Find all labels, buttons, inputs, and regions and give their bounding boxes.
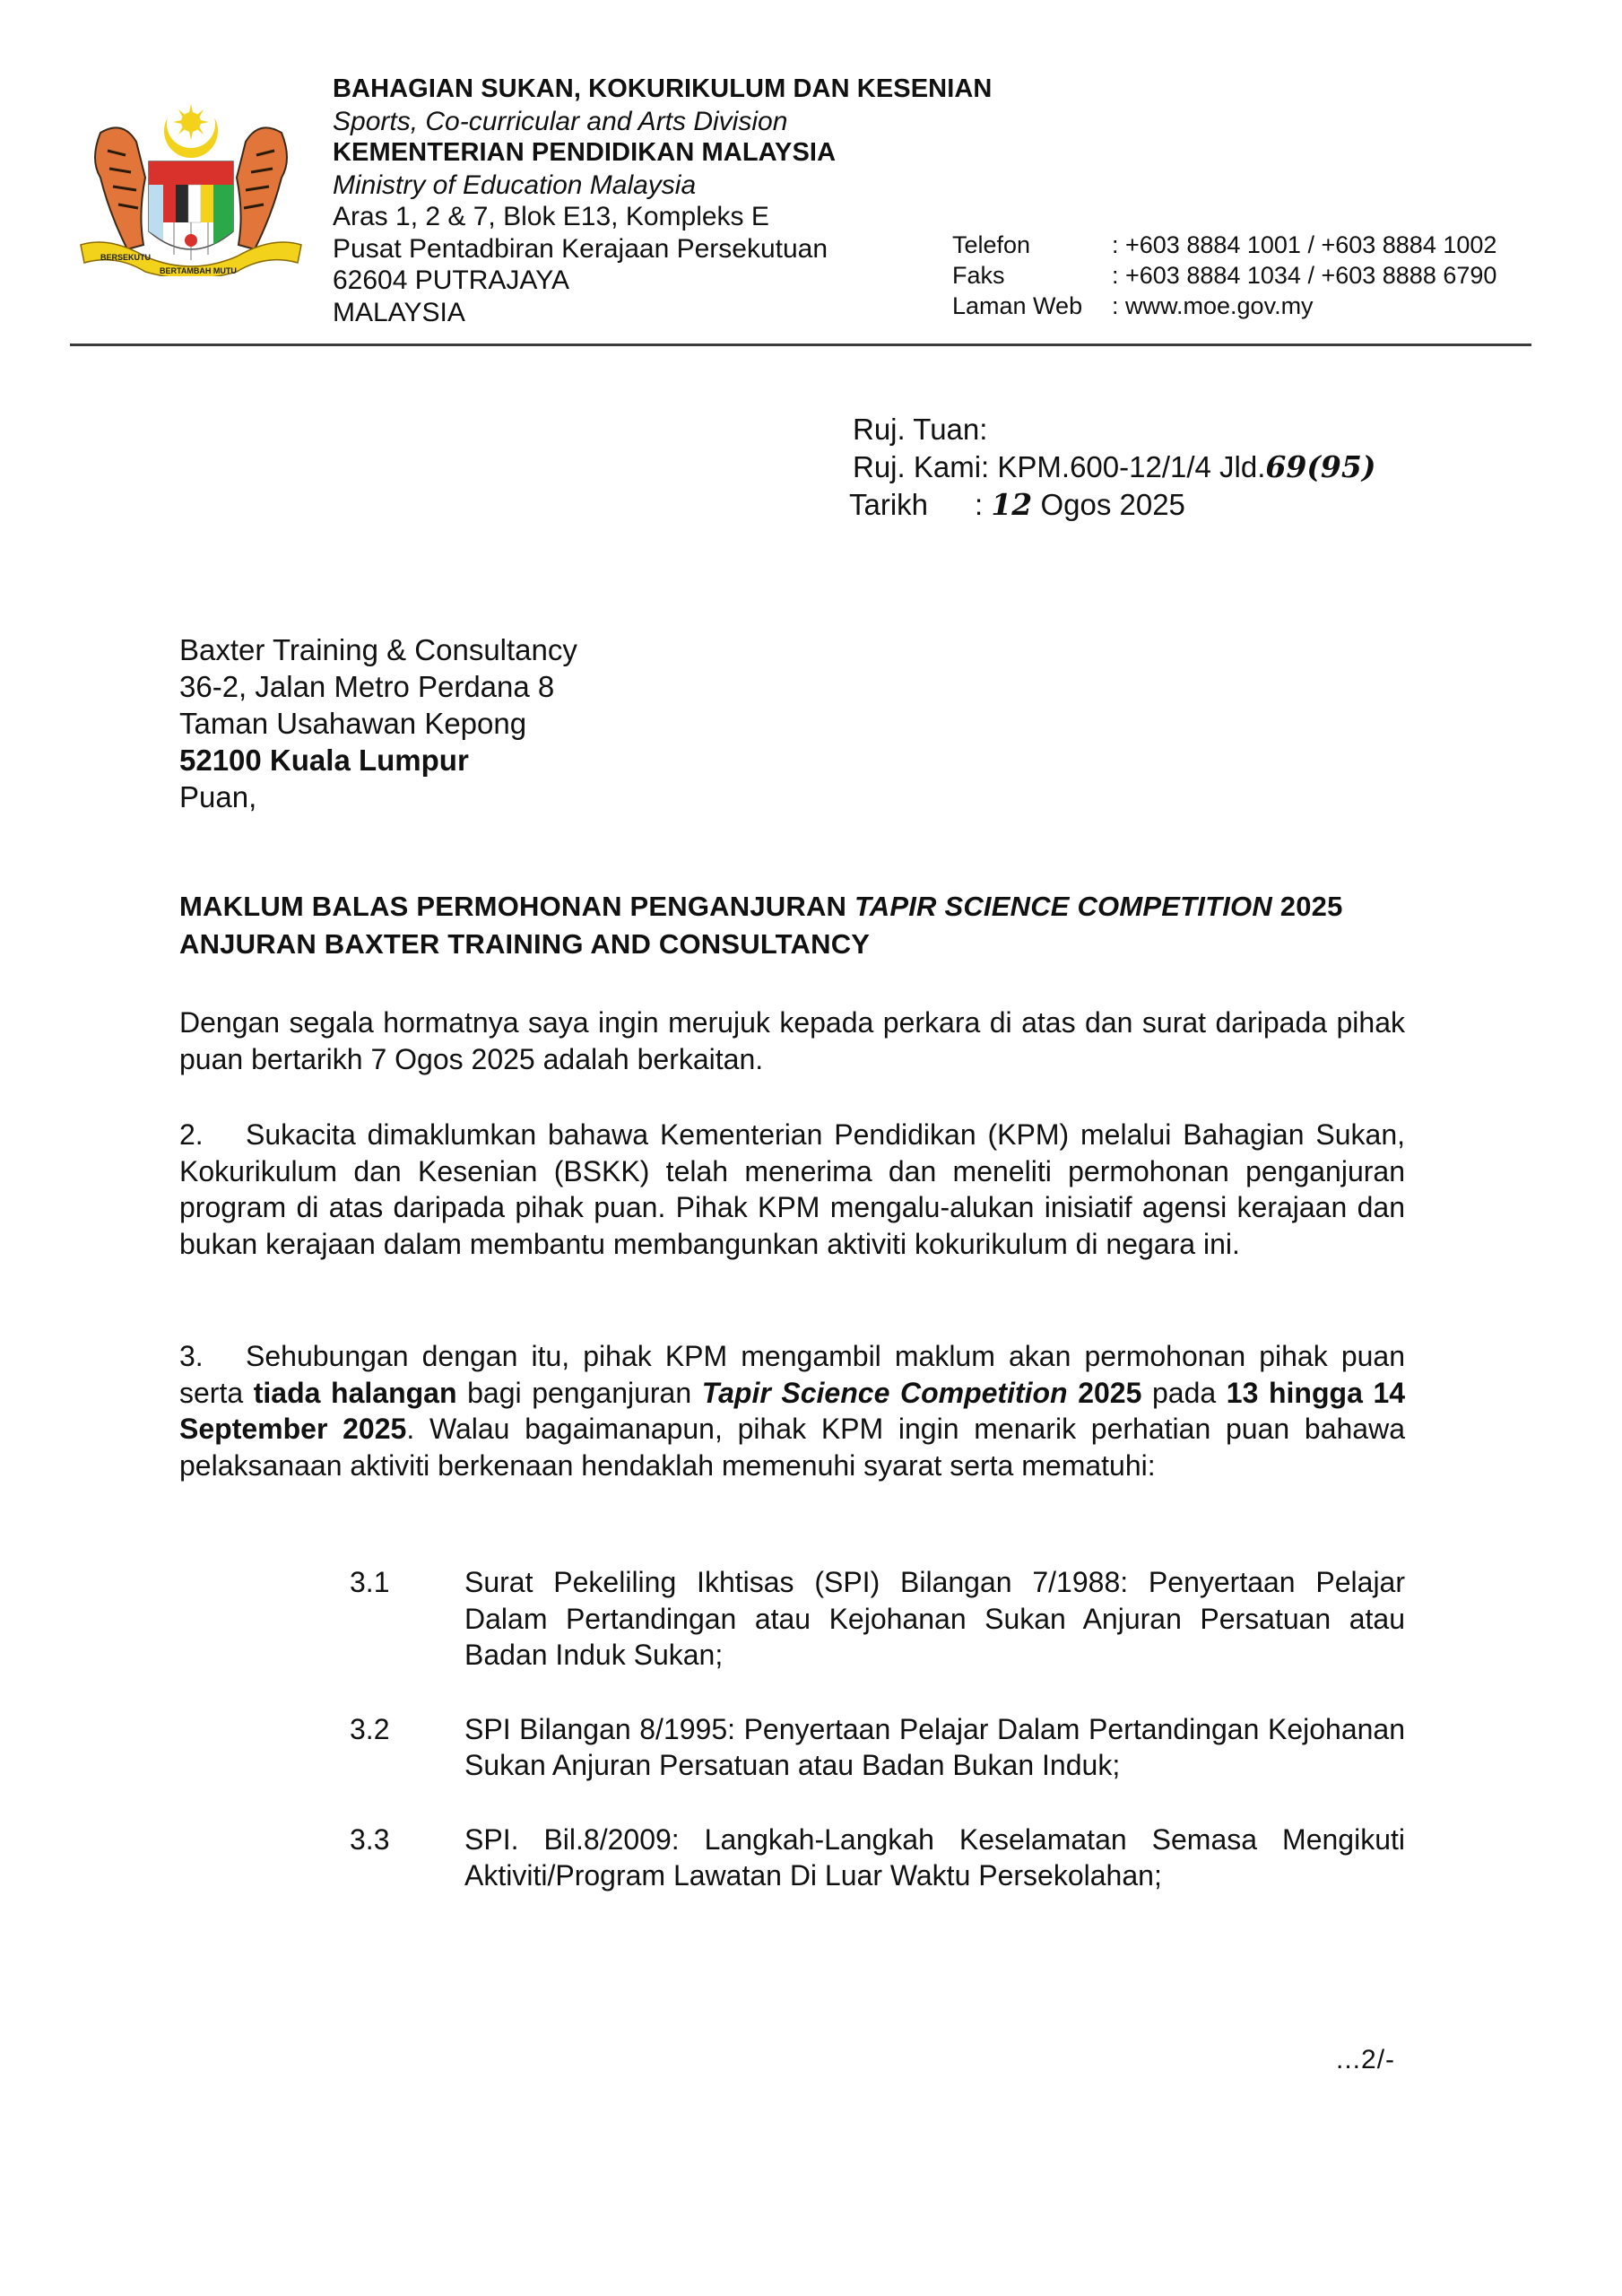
contact-value: : +603 8884 1034 / +603 8888 6790	[1112, 260, 1496, 291]
subject-heading: MAKLUM BALAS PERMOHONAN PENGANJURAN TAPI…	[179, 888, 1426, 963]
requirements-list: 3.1 Surat Pekeliling Ikhtisas (SPI) Bila…	[350, 1564, 1405, 1932]
paragraph-3: 3.Sehubungan dengan itu, pihak KPM menga…	[179, 1338, 1405, 1483]
ministry-name: KEMENTERIAN PENDIDIKAN MALAYSIA	[333, 137, 992, 170]
letterhead: BAHAGIAN SUKAN, KOKURIKULUM DAN KESENIAN…	[333, 74, 992, 328]
contact-value: : +603 8884 1001 / +603 8884 1002	[1112, 230, 1496, 260]
subject-text: MAKLUM BALAS PERMOHONAN PENGANJURAN	[179, 891, 854, 922]
item-text: SPI Bilangan 8/1995: Penyertaan Pelajar …	[464, 1711, 1405, 1784]
paragraph-text: pada	[1141, 1377, 1226, 1409]
item-text: SPI. Bil.8/2009: Langkah-Langkah Keselam…	[464, 1822, 1405, 1894]
page-continuation: ...2/-	[1336, 2045, 1395, 2075]
recipient-line: Taman Usahawan Kepong	[179, 705, 577, 742]
ruj-kami-value: KPM.600-12/1/4 Jld.	[997, 448, 1265, 486]
tarikh-sep: :	[975, 486, 983, 524]
division-name-en: Sports, Co-curricular and Arts Division	[333, 106, 992, 138]
address-line: 62604 PUTRAJAYA	[333, 265, 992, 297]
item-number: 3.1	[350, 1564, 464, 1674]
recipient-address: Baxter Training & Consultancy 36-2, Jala…	[179, 631, 577, 778]
contact-phone: Telefon : +603 8884 1001 / +603 8884 100…	[952, 230, 1496, 260]
paragraph-number: 3.	[179, 1338, 246, 1375]
tarikh-label: Tarikh	[849, 486, 975, 524]
item-number: 3.2	[350, 1711, 464, 1784]
ruj-tuan-label: Ruj. Tuan:	[853, 411, 987, 448]
address-line: Pusat Pentadbiran Kerajaan Persekutuan	[333, 233, 992, 265]
svg-text:BERTAMBAH MUTU: BERTAMBAH MUTU	[160, 266, 237, 275]
item-text: Surat Pekeliling Ikhtisas (SPI) Bilangan…	[464, 1564, 1405, 1674]
svg-text:BERSEKUTU: BERSEKUTU	[100, 253, 151, 262]
malaysia-coat-of-arms-icon: BERSEKUTU BERTAMBAH MUTU	[74, 97, 308, 276]
contact-block: Telefon : +603 8884 1001 / +603 8884 100…	[952, 230, 1496, 321]
reference-block: Ruj. Tuan: Ruj. Kami: KPM.600-12/1/4 Jld…	[849, 411, 1375, 524]
ministry-name-en: Ministry of Education Malaysia	[333, 170, 992, 202]
list-item: 3.3 SPI. Bil.8/2009: Langkah-Langkah Kes…	[350, 1822, 1405, 1894]
salutation: Puan,	[179, 780, 256, 814]
tarikh-value: Ogos 2025	[1040, 486, 1184, 524]
address-line: MALAYSIA	[333, 297, 992, 329]
paragraph-1: Dengan segala hormatnya saya ingin meruj…	[179, 1004, 1405, 1077]
address-line: Aras 1, 2 & 7, Blok E13, Kompleks E	[333, 201, 992, 233]
paragraph-number: 2.	[179, 1117, 246, 1153]
list-item: 3.2 SPI Bilangan 8/1995: Penyertaan Pela…	[350, 1711, 1405, 1784]
paragraph-2: 2.Sukacita dimaklumkan bahawa Kementeria…	[179, 1117, 1405, 1262]
division-name: BAHAGIAN SUKAN, KOKURIKULUM DAN KESENIAN	[333, 74, 992, 106]
list-item: 3.1 Surat Pekeliling Ikhtisas (SPI) Bila…	[350, 1564, 1405, 1674]
approval-phrase: tiada halangan	[254, 1377, 457, 1409]
paragraph-text: Sukacita dimaklumkan bahawa Kementerian …	[179, 1118, 1405, 1260]
handwritten-day: 12	[991, 486, 1032, 524]
contact-web: Laman Web : www.moe.gov.my	[952, 291, 1496, 321]
header-divider	[70, 344, 1531, 346]
contact-label: Laman Web	[952, 291, 1112, 321]
recipient-postcode-city: 52100 Kuala Lumpur	[179, 742, 577, 778]
handwritten-ref-number: 69(95)	[1265, 448, 1375, 486]
paragraph-text: bagi penganjuran	[457, 1377, 702, 1409]
website-link[interactable]: : www.moe.gov.my	[1112, 291, 1314, 321]
item-number: 3.3	[350, 1822, 464, 1894]
subject-event-name: TAPIR SCIENCE COMPETITION	[854, 891, 1272, 922]
event-name: Tapir Science Competition	[702, 1377, 1068, 1409]
contact-fax: Faks : +603 8884 1034 / +603 8888 6790	[952, 260, 1496, 291]
contact-label: Faks	[952, 260, 1112, 291]
contact-label: Telefon	[952, 230, 1112, 260]
ruj-kami-label: Ruj. Kami:	[853, 448, 989, 486]
recipient-line: Baxter Training & Consultancy	[179, 631, 577, 668]
event-year: 2025	[1068, 1377, 1142, 1409]
recipient-line: 36-2, Jalan Metro Perdana 8	[179, 668, 577, 705]
